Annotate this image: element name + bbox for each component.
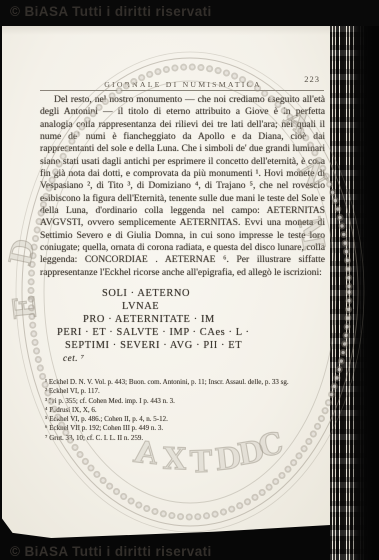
body-paragraph: Del resto, nel nostro monumento — che no… xyxy=(40,94,325,279)
inscription-line: SOLI · AETERNO xyxy=(102,287,354,300)
inscription-block: SOLI · AETERNO LVNAE PRO · AETERNITATE ·… xyxy=(2,287,354,371)
book-spine-edge xyxy=(330,24,379,560)
page-header: Giornale di Numismatica 223 xyxy=(40,74,326,86)
header-rule xyxy=(40,90,324,91)
page-number: 223 xyxy=(304,74,320,84)
scanned-page: Giornale di Numismatica 223 Del resto, n… xyxy=(2,25,354,539)
footnote-item: ⁵ Eckhel VI, p. 486.; Cohen II, p. 4, n.… xyxy=(38,415,326,424)
inscription-line: LVNAE xyxy=(122,300,354,313)
footnote-item: ⁴ Pedrusi IX, X, 6. xyxy=(38,406,326,415)
copyright-text-top: © BiASA Tutti i diritti riservati xyxy=(10,4,212,19)
inscription-line: PERI · ET · SALVTE · IMP · CAes · L · xyxy=(57,326,354,339)
footnote-item: ⁶ Eckhel VII p. 192; Cohen III p. 449 n.… xyxy=(38,424,326,433)
inscription-line: cet. ⁷ xyxy=(63,352,354,365)
inscription-line: PRO · AETERNITATE · IM xyxy=(83,313,354,326)
inscription-line: SEPTIMI · SEVERI · AVG · PII · ET xyxy=(65,339,354,352)
footnote-item: ⁷ Grut. 33, 10; cf. C. I. L. II n. 259. xyxy=(38,434,326,443)
footnote-item: ³ Ivi p. 355; cf. Cohen Med. imp. I p. 4… xyxy=(38,397,326,406)
copyright-text-bottom: © BiASA Tutti i diritti riservati xyxy=(10,544,212,559)
footnote-list: ¹ Eckhel D. N. V. Vol. p. 443; Buon. com… xyxy=(38,378,326,443)
journal-title: Giornale di Numismatica xyxy=(104,80,262,89)
footnote-item: ¹ Eckhel D. N. V. Vol. p. 443; Buon. com… xyxy=(38,378,326,387)
footnote-item: ² Eckhel VI, p. 117. xyxy=(38,387,326,396)
scanned-book-photo: { "copyright": { "top_text": "© BiASA Tu… xyxy=(0,0,379,560)
copyright-bar-top: © BiASA Tutti i diritti riservati xyxy=(0,0,379,26)
